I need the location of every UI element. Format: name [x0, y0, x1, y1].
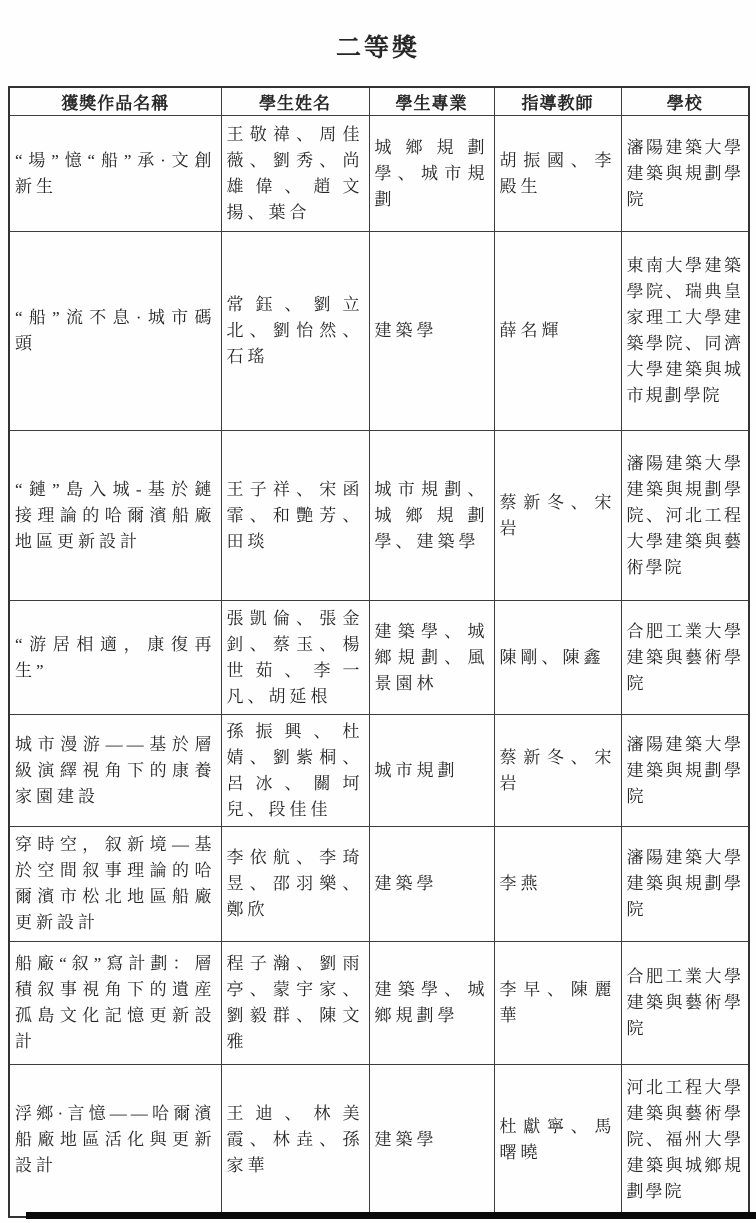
table-cell: “游居相適，康復再生” — [9, 601, 221, 715]
table-cell: 張凱倫、張金釗、蔡玉、楊世茹、李一凡、胡延根 — [221, 601, 369, 715]
table-cell: 蔡新冬、宋岩 — [494, 715, 621, 827]
table-cell: 瀋陽建築大學建築與規劃學院 — [621, 715, 749, 827]
table-cell: 建築學 — [369, 827, 494, 942]
table-cell: 蔡新冬、宋岩 — [494, 431, 621, 601]
column-header: 獲獎作品名稱 — [9, 87, 221, 116]
table-cell: 陳剛、陳鑫 — [494, 601, 621, 715]
table-row: “游居相適，康復再生”張凱倫、張金釗、蔡玉、楊世茹、李一凡、胡延根建築學、城鄉規… — [9, 601, 749, 715]
table-row: 穿時空，叙新境—基於空間叙事理論的哈爾濱市松北地區船廠更新設計李依航、李琦昱、邵… — [9, 827, 749, 942]
table-cell: 河北工程大學建築與藝術學院、福州大學建築與城鄉規劃學院 — [621, 1065, 749, 1217]
table-row: 浮鄉·言憶——哈爾濱船廠地區活化與更新設計王迪、林美霞、林垚、孫家華建築學杜獻寧… — [9, 1065, 749, 1217]
document-page: 二等獎 獲獎作品名稱學生姓名學生專業指導教師學校 “場”憶“船”承·文創新生王敬… — [0, 0, 756, 1223]
table-cell: 東南大學建築學院、瑞典皇家理工大學建築學院、同濟大學建築與城市規劃學院 — [621, 232, 749, 431]
column-header: 學校 — [621, 87, 749, 116]
table-cell: 李早、陳麗華 — [494, 942, 621, 1065]
table-cell: 建築學、城鄉規劃學 — [369, 942, 494, 1065]
table-row: “船”流不息·城市碼頭常鈺、劉立北、劉怡然、石瑤建築學薛名輝東南大學建築學院、瑞… — [9, 232, 749, 431]
table-cell: “場”憶“船”承·文創新生 — [9, 116, 221, 232]
table-cell: 城鄉規劃學、城市規劃 — [369, 116, 494, 232]
column-header: 學生姓名 — [221, 87, 369, 116]
table-row: “場”憶“船”承·文創新生王敬禕、周佳薇、劉秀、尚雄偉、趙文揚、葉合城鄉規劃學、… — [9, 116, 749, 232]
table-cell: 王迪、林美霞、林垚、孫家華 — [221, 1065, 369, 1217]
table-row: “鏈”島入城-基於鏈接理論的哈爾濱船廠地區更新設計王子祥、宋函霏、和艷芳、田琰城… — [9, 431, 749, 601]
table-head: 獲獎作品名稱學生姓名學生專業指導教師學校 — [9, 87, 749, 116]
table-cell: 薛名輝 — [494, 232, 621, 431]
table-cell: “船”流不息·城市碼頭 — [9, 232, 221, 431]
column-header: 指導教師 — [494, 87, 621, 116]
table-cell: 城市漫游——基於層級演繹視角下的康養家園建設 — [9, 715, 221, 827]
table-cell: 船廠“叙”寫計劃：層積叙事視角下的遺産孤島文化記憶更新設計 — [9, 942, 221, 1065]
column-header: 學生專業 — [369, 87, 494, 116]
awards-table: 獲獎作品名稱學生姓名學生專業指導教師學校 “場”憶“船”承·文創新生王敬禕、周佳… — [8, 86, 750, 1218]
header-row: 獲獎作品名稱學生姓名學生專業指導教師學校 — [9, 87, 749, 116]
table-cell: 杜獻寧、馬曙曉 — [494, 1065, 621, 1217]
table-cell: 瀋陽建築大學建築與規劃學院、河北工程大學建築與藝術學院 — [621, 431, 749, 601]
table-row: 城市漫游——基於層級演繹視角下的康養家園建設孫振興、杜婧、劉紫桐、呂冰、關坷兒、… — [9, 715, 749, 827]
table-cell: 浮鄉·言憶——哈爾濱船廠地區活化與更新設計 — [9, 1065, 221, 1217]
table-body: “場”憶“船”承·文創新生王敬禕、周佳薇、劉秀、尚雄偉、趙文揚、葉合城鄉規劃學、… — [9, 116, 749, 1217]
table-cell: 李燕 — [494, 827, 621, 942]
table-row: 船廠“叙”寫計劃：層積叙事視角下的遺産孤島文化記憶更新設計程子瀚、劉雨亭、蒙宇家… — [9, 942, 749, 1065]
table-cell: 合肥工業大學建築與藝術學院 — [621, 942, 749, 1065]
table-cell: 城市規劃、城鄉規劃學、建築學 — [369, 431, 494, 601]
table-cell: 常鈺、劉立北、劉怡然、石瑤 — [221, 232, 369, 431]
table-cell: 合肥工業大學建築與藝術學院 — [621, 601, 749, 715]
table-cell: 建築學 — [369, 1065, 494, 1217]
table-cell: 穿時空，叙新境—基於空間叙事理論的哈爾濱市松北地區船廠更新設計 — [9, 827, 221, 942]
table-cell: 建築學、城鄉規劃、風景園林 — [369, 601, 494, 715]
table-cell: 瀋陽建築大學建築與規劃學院 — [621, 827, 749, 942]
table-cell: 王子祥、宋函霏、和艷芳、田琰 — [221, 431, 369, 601]
scan-edge-artifact — [26, 1212, 756, 1219]
table-cell: 建築學 — [369, 232, 494, 431]
table-cell: 城市規劃 — [369, 715, 494, 827]
table-cell: 瀋陽建築大學建築與規劃學院 — [621, 116, 749, 232]
table-cell: 程子瀚、劉雨亭、蒙宇家、劉毅群、陳文雅 — [221, 942, 369, 1065]
table-cell: 孫振興、杜婧、劉紫桐、呂冰、關坷兒、段佳佳 — [221, 715, 369, 827]
page-title: 二等獎 — [0, 34, 756, 64]
table-cell: “鏈”島入城-基於鏈接理論的哈爾濱船廠地區更新設計 — [9, 431, 221, 601]
table-cell: 王敬禕、周佳薇、劉秀、尚雄偉、趙文揚、葉合 — [221, 116, 369, 232]
table-cell: 胡振國、李殿生 — [494, 116, 621, 232]
table-cell: 李依航、李琦昱、邵羽樂、鄭欣 — [221, 827, 369, 942]
